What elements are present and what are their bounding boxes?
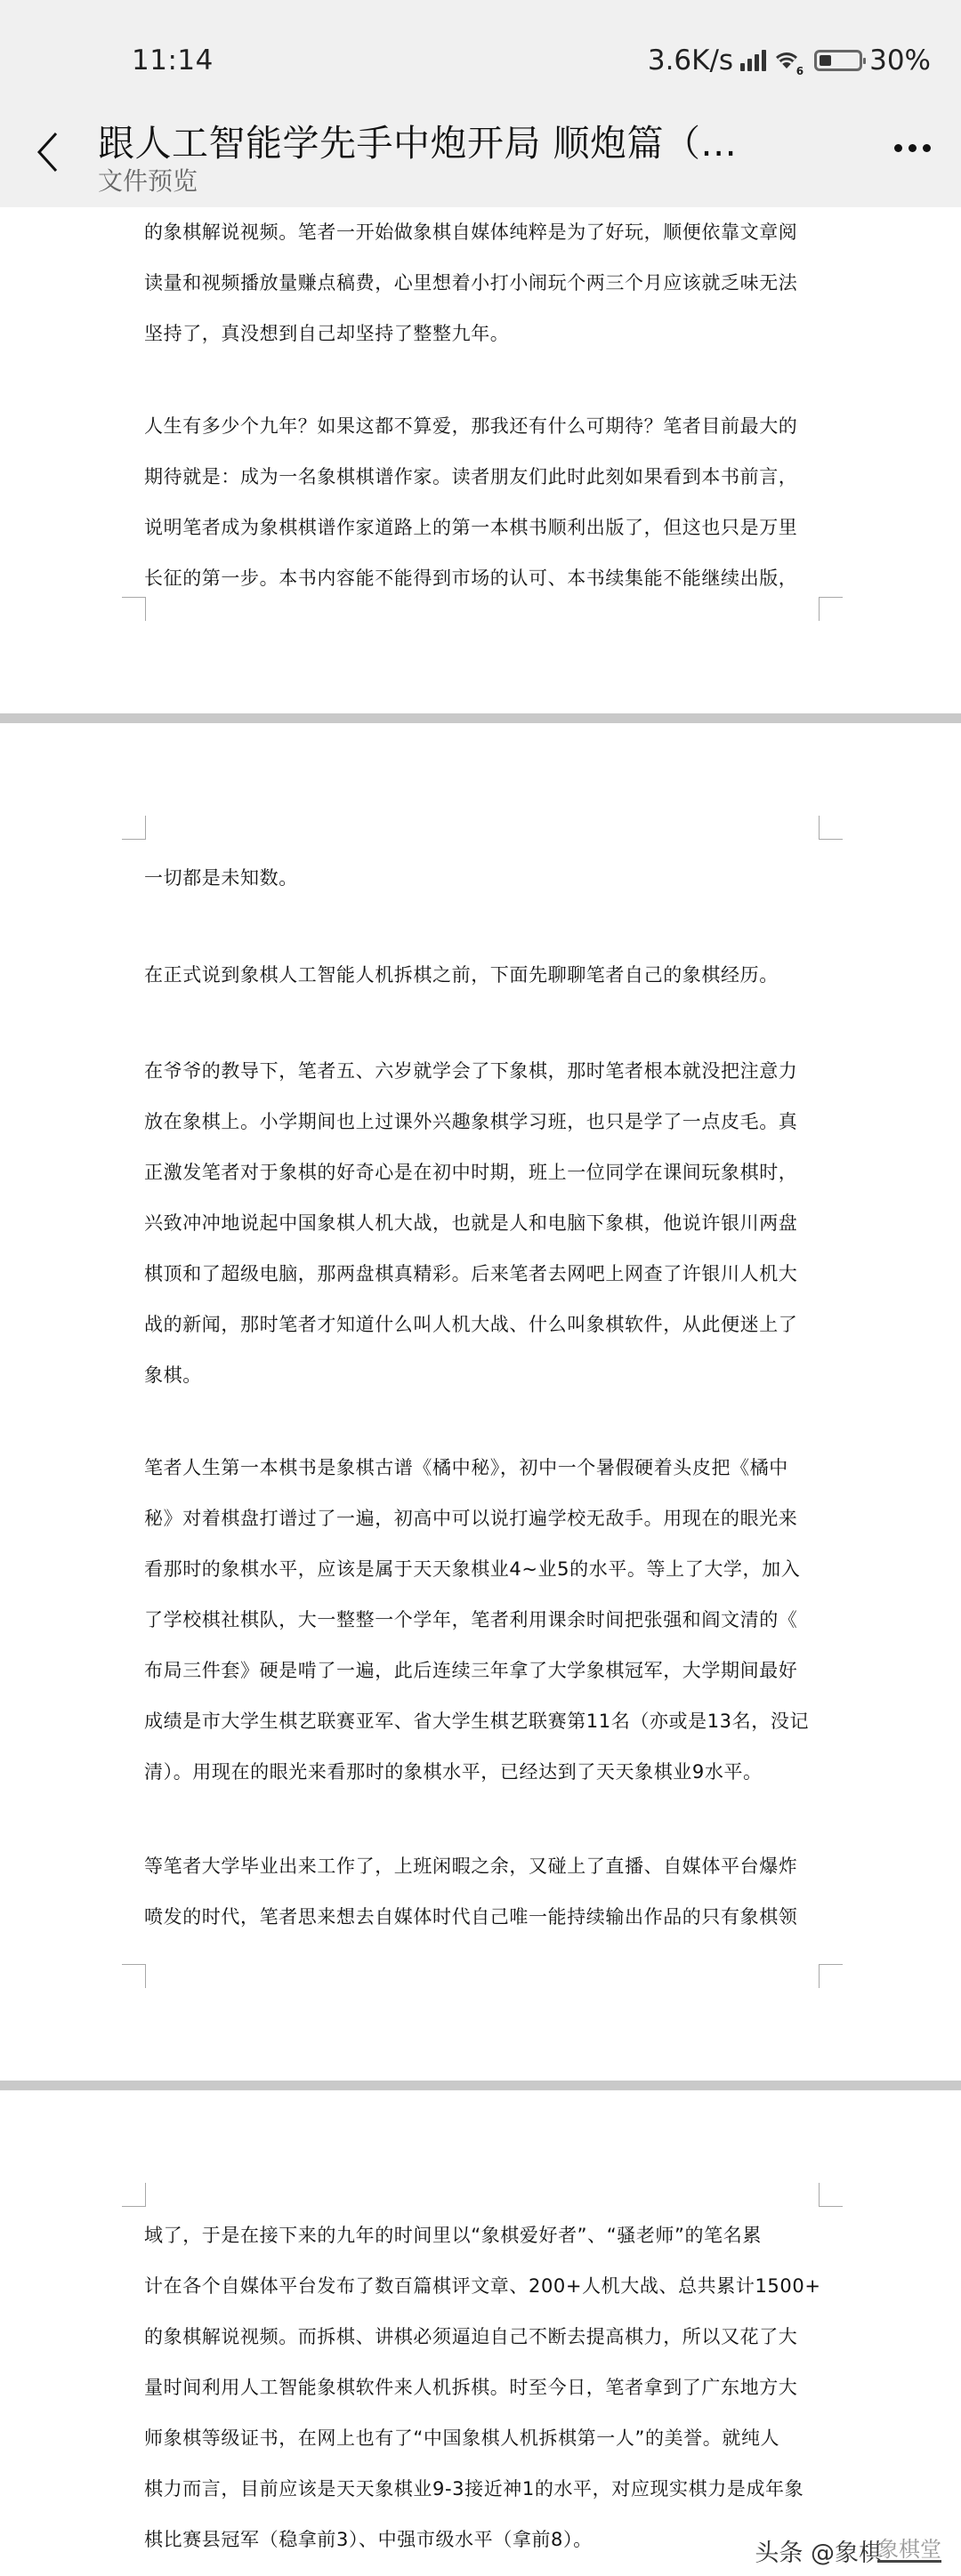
text-line: 在爷爷的教导下，笔者五、六岁就学会了下象棋，那时笔者根本就没把注意力 [144,1058,829,1084]
source-watermark: 头条 @象棋 象棋堂 [755,2533,941,2568]
text-line: 长征的第一步。本书内容能不能得到市场的认可、本书续集能不能继续出版， [144,565,829,592]
text-line: 放在象棋上。小学期间也上过课外兴趣象棋学习班，也只是学了一点皮毛。真 [144,1108,829,1135]
margin-corner-mark [122,816,146,840]
more-dots-icon [894,144,902,152]
status-indicators: 3.6K/s 6 30% [648,43,931,78]
text-line: 棋力而言，目前应该是天天象棋业9-3接近神1的水平，对应现实棋力是成年象 [144,2475,829,2502]
text-line: 秘》对着棋盘打谱过了一遍，初高中可以说打遍学校无敌手。用现在的眼光来 [144,1505,829,1532]
margin-corner-mark [819,2183,843,2207]
text-line: 的象棋解说视频。而拆棋、讲棋必须逼迫自己不断去提高棋力，所以又花了大 [144,2323,829,2350]
margin-corner-mark [122,2183,146,2207]
cellular-signal-icon [740,50,766,71]
text-line: 清）。用现在的眼光来看那时的象棋水平，已经达到了天天象棋业9水平。 [144,1759,829,1785]
text-line: 域了，于是在接下来的九年的时间里以“象棋爱好者”、“骚老师”的笔名累 [144,2222,829,2249]
back-button[interactable] [25,121,69,183]
text-line: 等笔者大学毕业出来工作了，上班闲暇之余，又碰上了直播、自媒体平台爆炸 [144,1853,829,1880]
battery-icon [814,50,862,71]
text-line: 成绩是市大学生棋艺联赛亚军、省大学生棋艺联赛第11名（亦或是13名，没记 [144,1708,829,1735]
page-separator [0,713,961,723]
watermark-logo: 象棋堂 [877,2539,941,2563]
chevron-left-icon [35,130,60,174]
text-line: 布局三件套》硬是啃了一遍，此后连续三年拿了大学象棋冠军，大学期间最好 [144,1657,829,1684]
document-title: 跟人工智能学先手中炮开局 顺炮篇（... [98,114,828,166]
network-speed: 3.6K/s [648,44,733,76]
text-line: 师象棋等级证书，在网上也有了“中国象棋人机拆棋第一人”的美誉。就纯人 [144,2425,829,2451]
text-line: 喷发的时代，笔者思来想去自媒体时代自己唯一能持续输出作品的只有象棋领 [144,1904,829,1930]
text-line: 战的新闻，那时笔者才知道什么叫人机大战、什么叫象棋软件，从此便迷上了 [144,1311,829,1338]
status-time: 11:14 [132,44,214,76]
text-line: 象棋。 [144,1362,829,1389]
text-line: 棋顶和了超级电脑，那两盘棋真精彩。后来笔者去网吧上网查了许银川人机大 [144,1260,829,1287]
text-line: 笔者人生第一本棋书是象棋古谱《橘中秘》，初中一个暑假硬着头皮把《橘中 [144,1454,829,1481]
text-line: 量时间利用人工智能象棋软件来人机拆棋。时至今日，笔者拿到了广东地方大 [144,2374,829,2401]
text-line: 正激发笔者对于象棋的好奇心是在初中时期，班上一位同学在课间玩象棋时， [144,1159,829,1186]
text-line: 兴致冲冲地说起中国象棋人机大战，也就是人和电脑下象棋，他说许银川两盘 [144,1210,829,1236]
battery-percent: 30% [869,44,931,76]
margin-corner-mark [122,597,146,621]
margin-corner-mark [819,816,843,840]
text-line: 的象棋解说视频。笔者一开始做象棋自媒体纯粹是为了好玩，顺便依靠文章阅 [144,219,829,246]
page-separator [0,2081,961,2090]
text-line: 读量和视频播放量赚点稿费，心里想着小打小闹玩个两三个月应该就乏味无法 [144,270,829,296]
more-options-button[interactable] [889,139,936,157]
document-subtitle: 文件预览 [98,162,198,197]
text-line: 人生有多少个九年？如果这都不算爱，那我还有什么可期待？笔者目前最大的 [144,413,829,439]
text-line: 计在各个自媒体平台发布了数百篇棋评文章、200+人机大战、总共累计1500+ [144,2273,829,2299]
margin-corner-mark [122,1964,146,1988]
wifi-icon: 6 [773,47,804,74]
margin-corner-mark [819,597,843,621]
text-line: 看那时的象棋水平，应该是属于天天象棋业4~业5的水平。等上了大学，加入 [144,1556,829,1582]
text-line: 棋比赛县冠军（稳拿前3）、中强市级水平（拿前8）。 [144,2526,829,2553]
text-line: 了学校棋社棋队，大一整整一个学年，笔者利用课余时间把张强和阎文清的《 [144,1606,829,1633]
text-line: 说明笔者成为象棋棋谱作家道路上的第一本棋书顺利出版了，但这也只是万里 [144,514,829,541]
text-line: 一切都是未知数。 [144,865,829,891]
document-page: 的象棋解说视频。笔者一开始做象棋自媒体纯粹是为了好玩，顺便依靠文章阅 读量和视频… [0,207,961,713]
document-page: 域了，于是在接下来的九年的时间里以“象棋爱好者”、“骚老师”的笔名累 计在各个自… [0,2090,961,2576]
margin-corner-mark [819,1964,843,1988]
text-line: 坚持了，真没想到自己却坚持了整整九年。 [144,320,829,347]
document-page: 一切都是未知数。 在正式说到象棋人工智能人机拆棋之前，下面先聊聊笔者自己的象棋经… [0,723,961,2081]
text-line: 在正式说到象棋人工智能人机拆棋之前，下面先聊聊笔者自己的象棋经历。 [144,962,829,988]
text-line: 期待就是：成为一名象棋棋谱作家。读者朋友们此时此刻如果看到本书前言， [144,463,829,490]
app-header: 11:14 3.6K/s 6 30% 跟人工智能学先手中炮开局 顺炮篇（... … [0,0,961,207]
